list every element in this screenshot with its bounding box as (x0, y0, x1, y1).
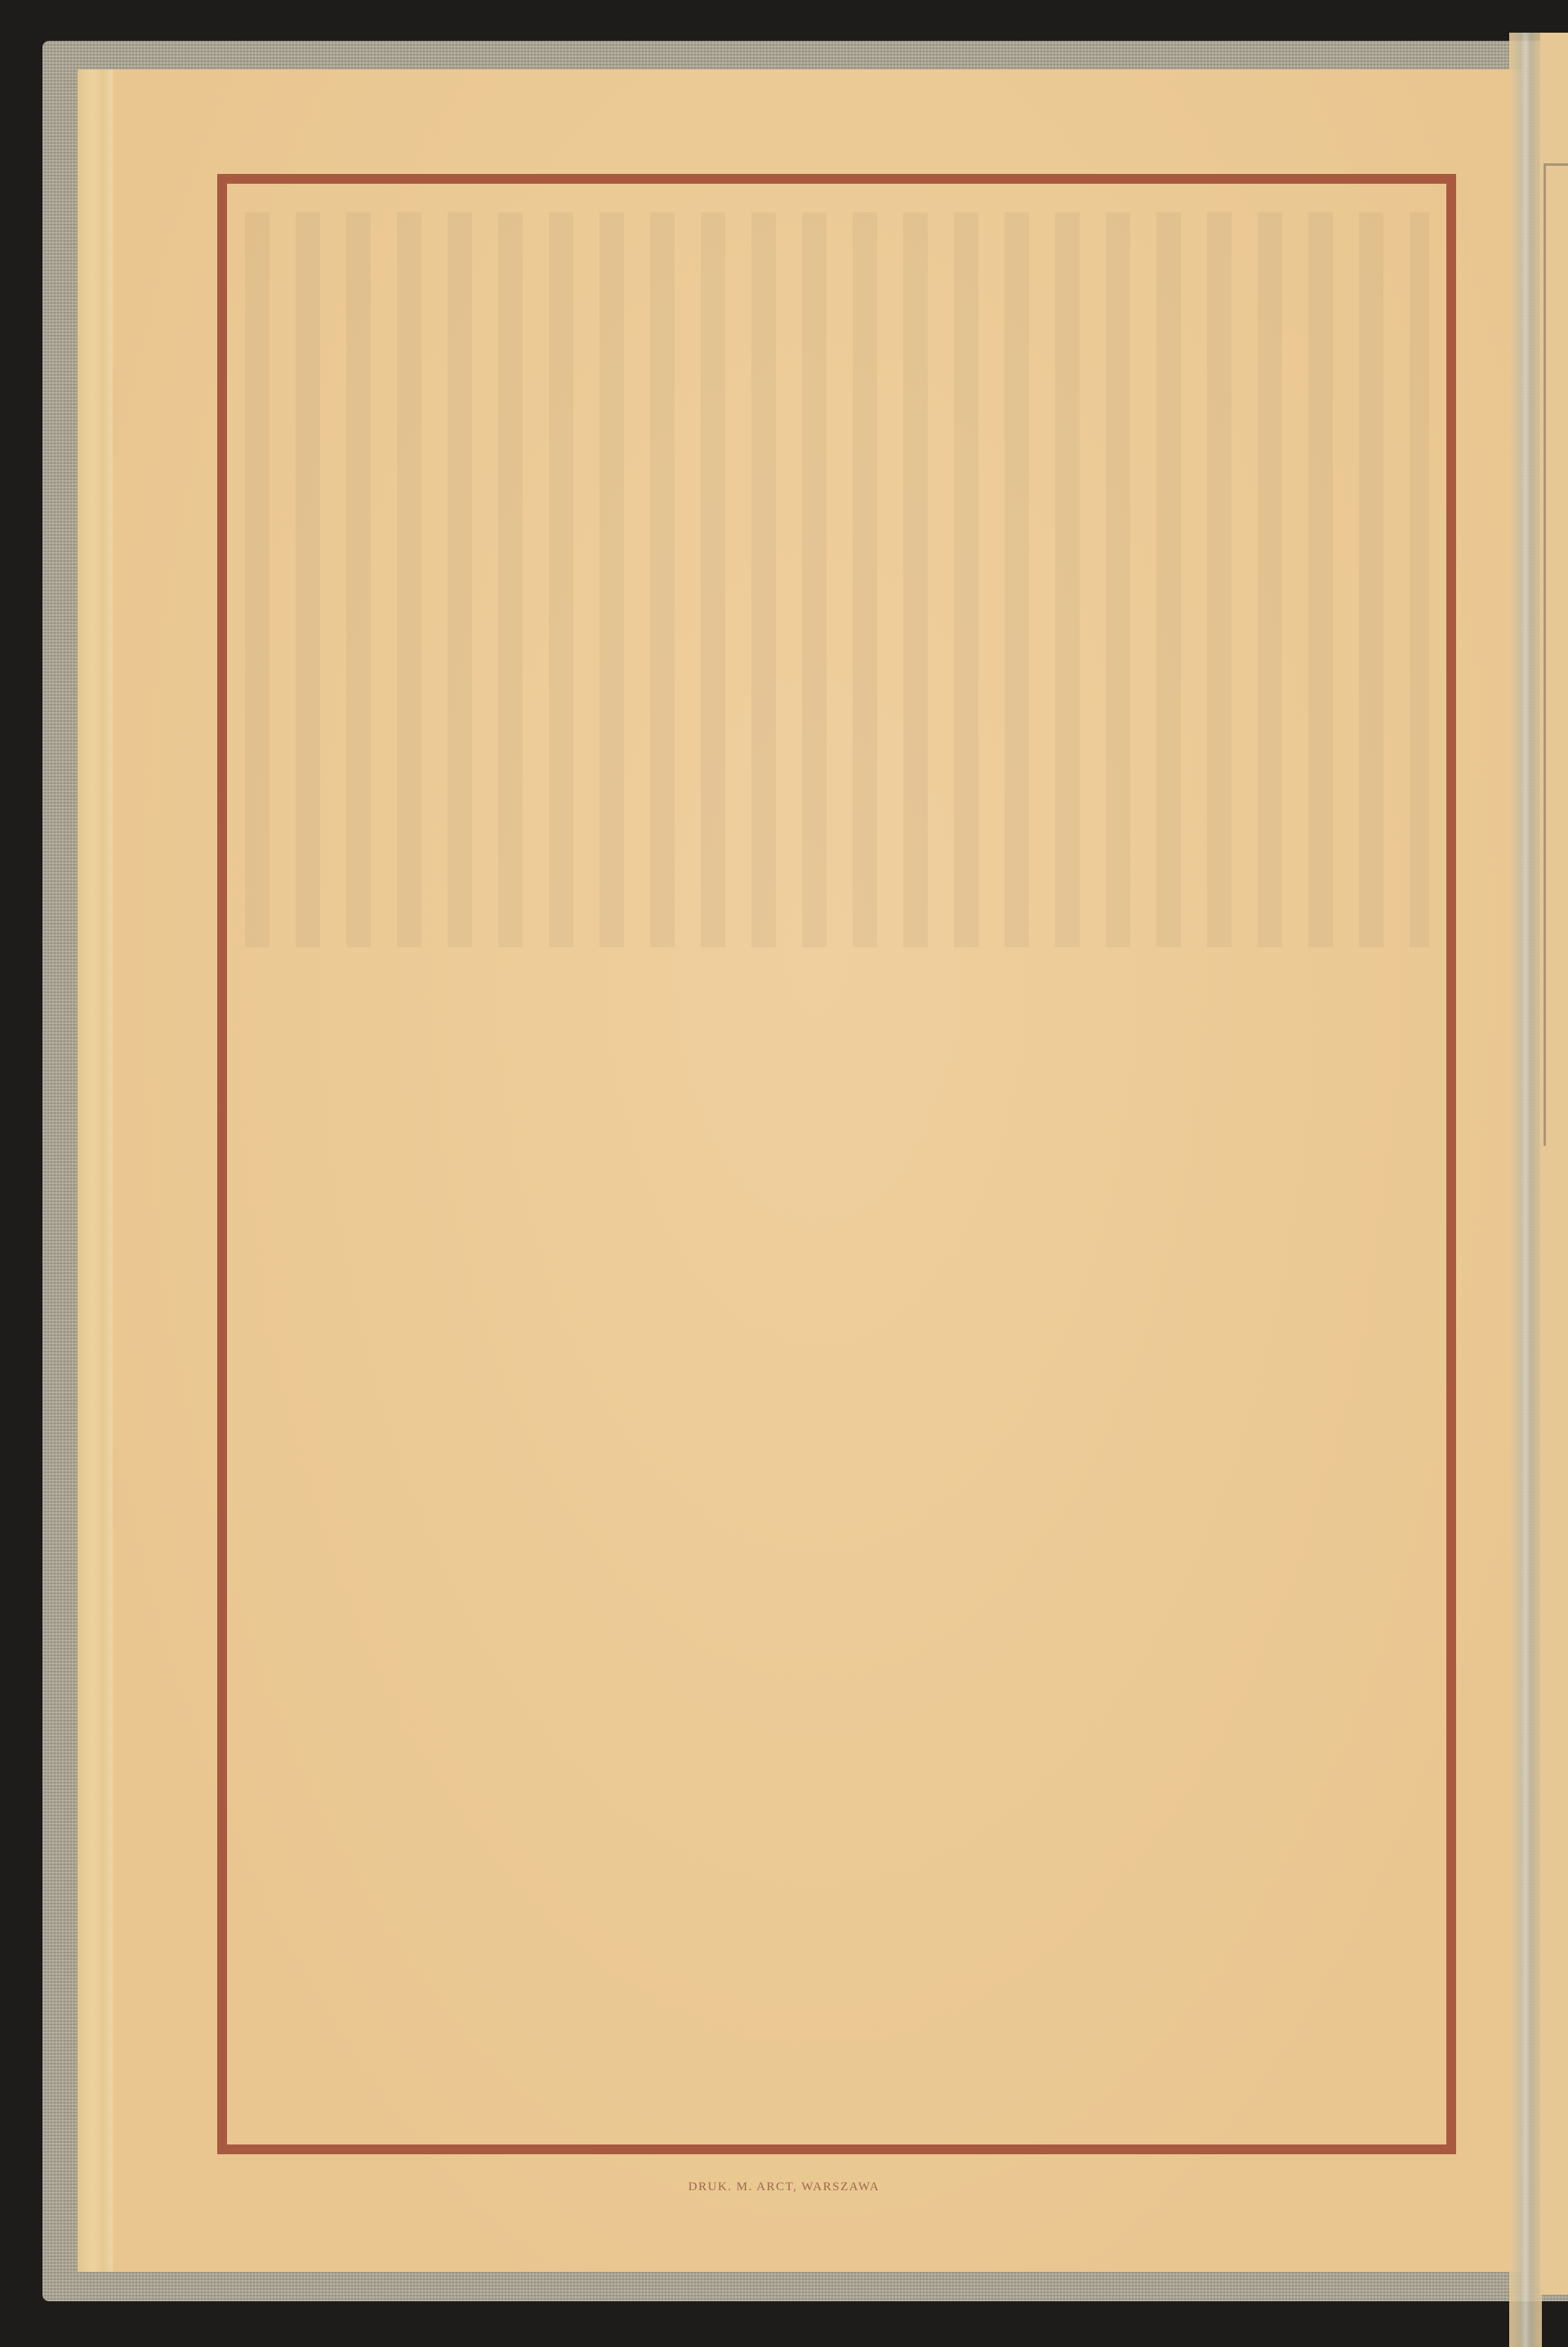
printer-imprint: DRUK. M. ARCT, WARSZAWA (0, 2180, 1568, 2194)
decorative-frame-border (217, 174, 1456, 2154)
page-edges (78, 69, 114, 2272)
adjacent-page-frame (1543, 163, 1568, 1146)
book-gutter (1509, 33, 1542, 2347)
